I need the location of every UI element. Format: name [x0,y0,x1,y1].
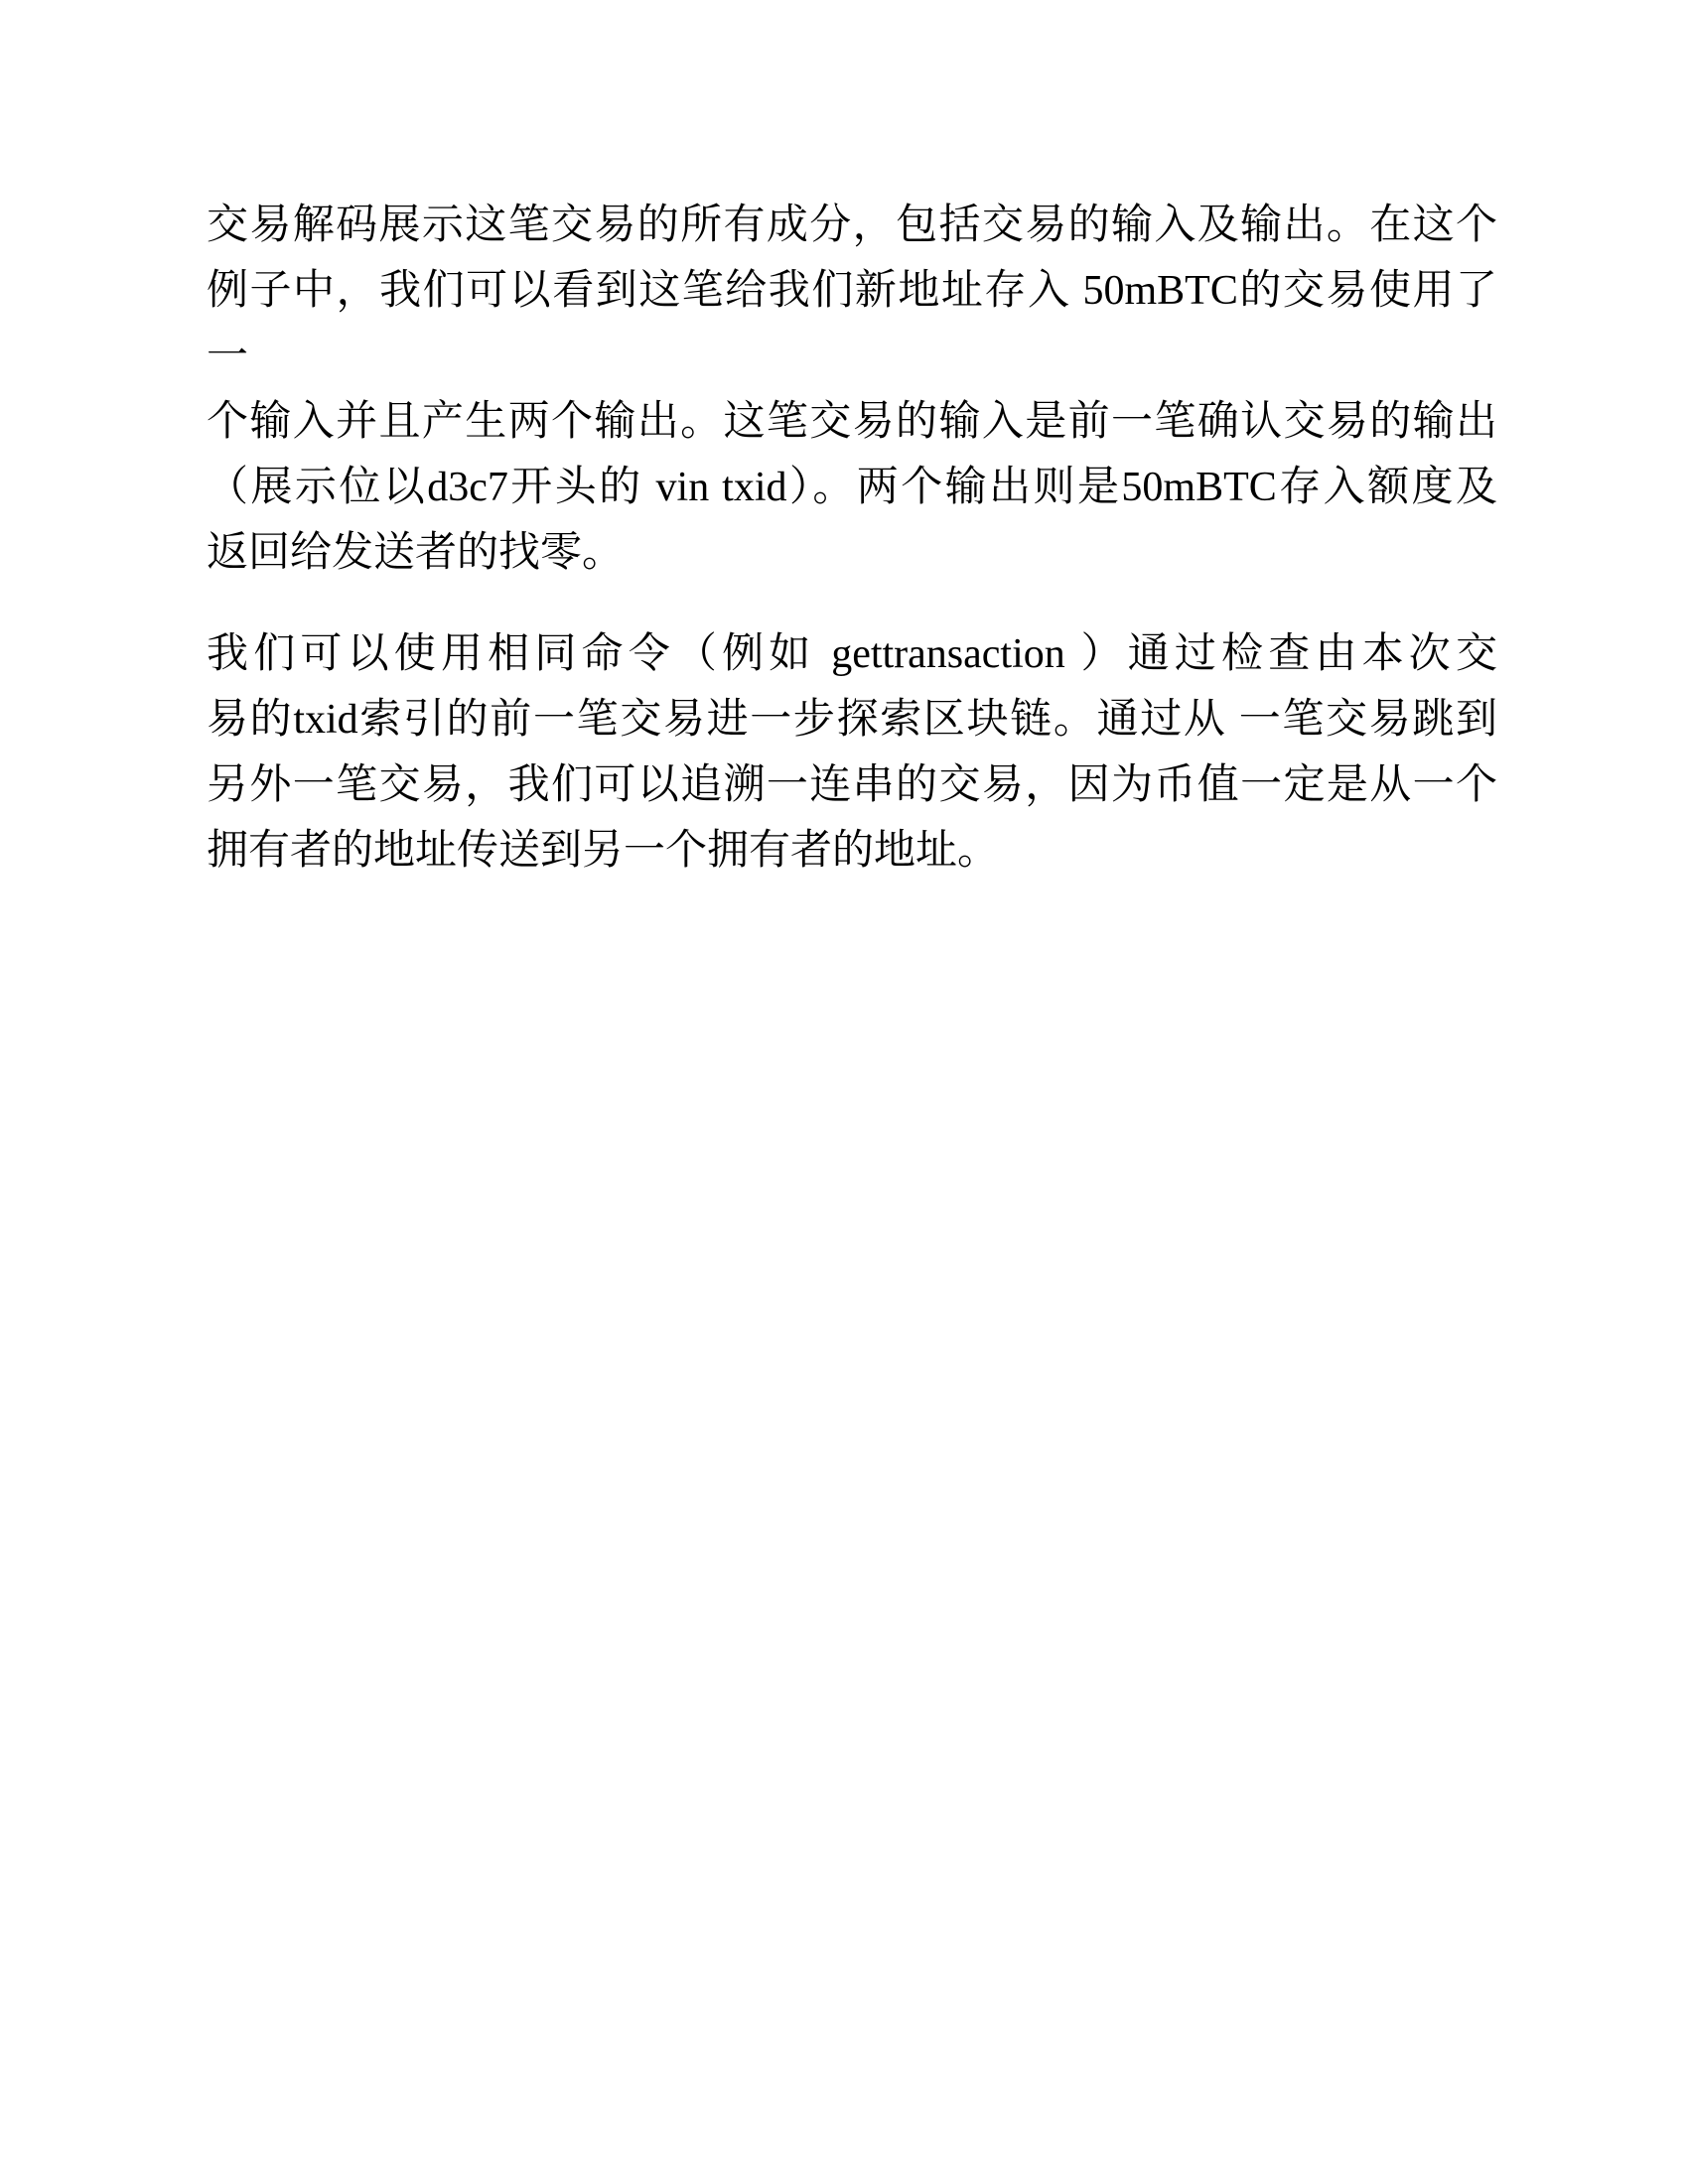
text-line: 我们可以使用相同命令（例如 gettransaction ）通过检查由本次交 [207,621,1497,687]
text-line: 拥有者的地址传送到另一个拥有者的地址。 [207,818,1497,884]
paragraph-2: 我们可以使用相同命令（例如 gettransaction ）通过检查由本次交 易… [207,621,1497,884]
text-line: （展示位以d3c7开头的 vin txid）。两个输出则是50mBTC存入额度及 [207,455,1497,520]
text-line: 易的txid索引的前一笔交易进一步探索区块链。通过从 一笔交易跳到 [207,687,1497,752]
text-line: 交易解码展示这笔交易的所有成分，包括交易的输入及输出。在这个 [207,193,1497,258]
text-line: 个输入并且产生两个输出。这笔交易的输入是前一笔确认交易的输出 [207,389,1497,455]
text-line: 例子中，我们可以看到这笔给我们新地址存入 50mBTC的交易使用了一 [207,258,1497,389]
paragraph-1: 交易解码展示这笔交易的所有成分，包括交易的输入及输出。在这个 例子中，我们可以看… [207,193,1497,586]
text-line: 另外一笔交易，我们可以追溯一连串的交易，因为币值一定是从一个 [207,752,1497,818]
text-line: 返回给发送者的找零。 [207,520,1497,586]
document-page: 交易解码展示这笔交易的所有成分，包括交易的输入及输出。在这个 例子中，我们可以看… [0,0,1688,2184]
text-block: 交易解码展示这笔交易的所有成分，包括交易的输入及输出。在这个 例子中，我们可以看… [207,193,1497,919]
